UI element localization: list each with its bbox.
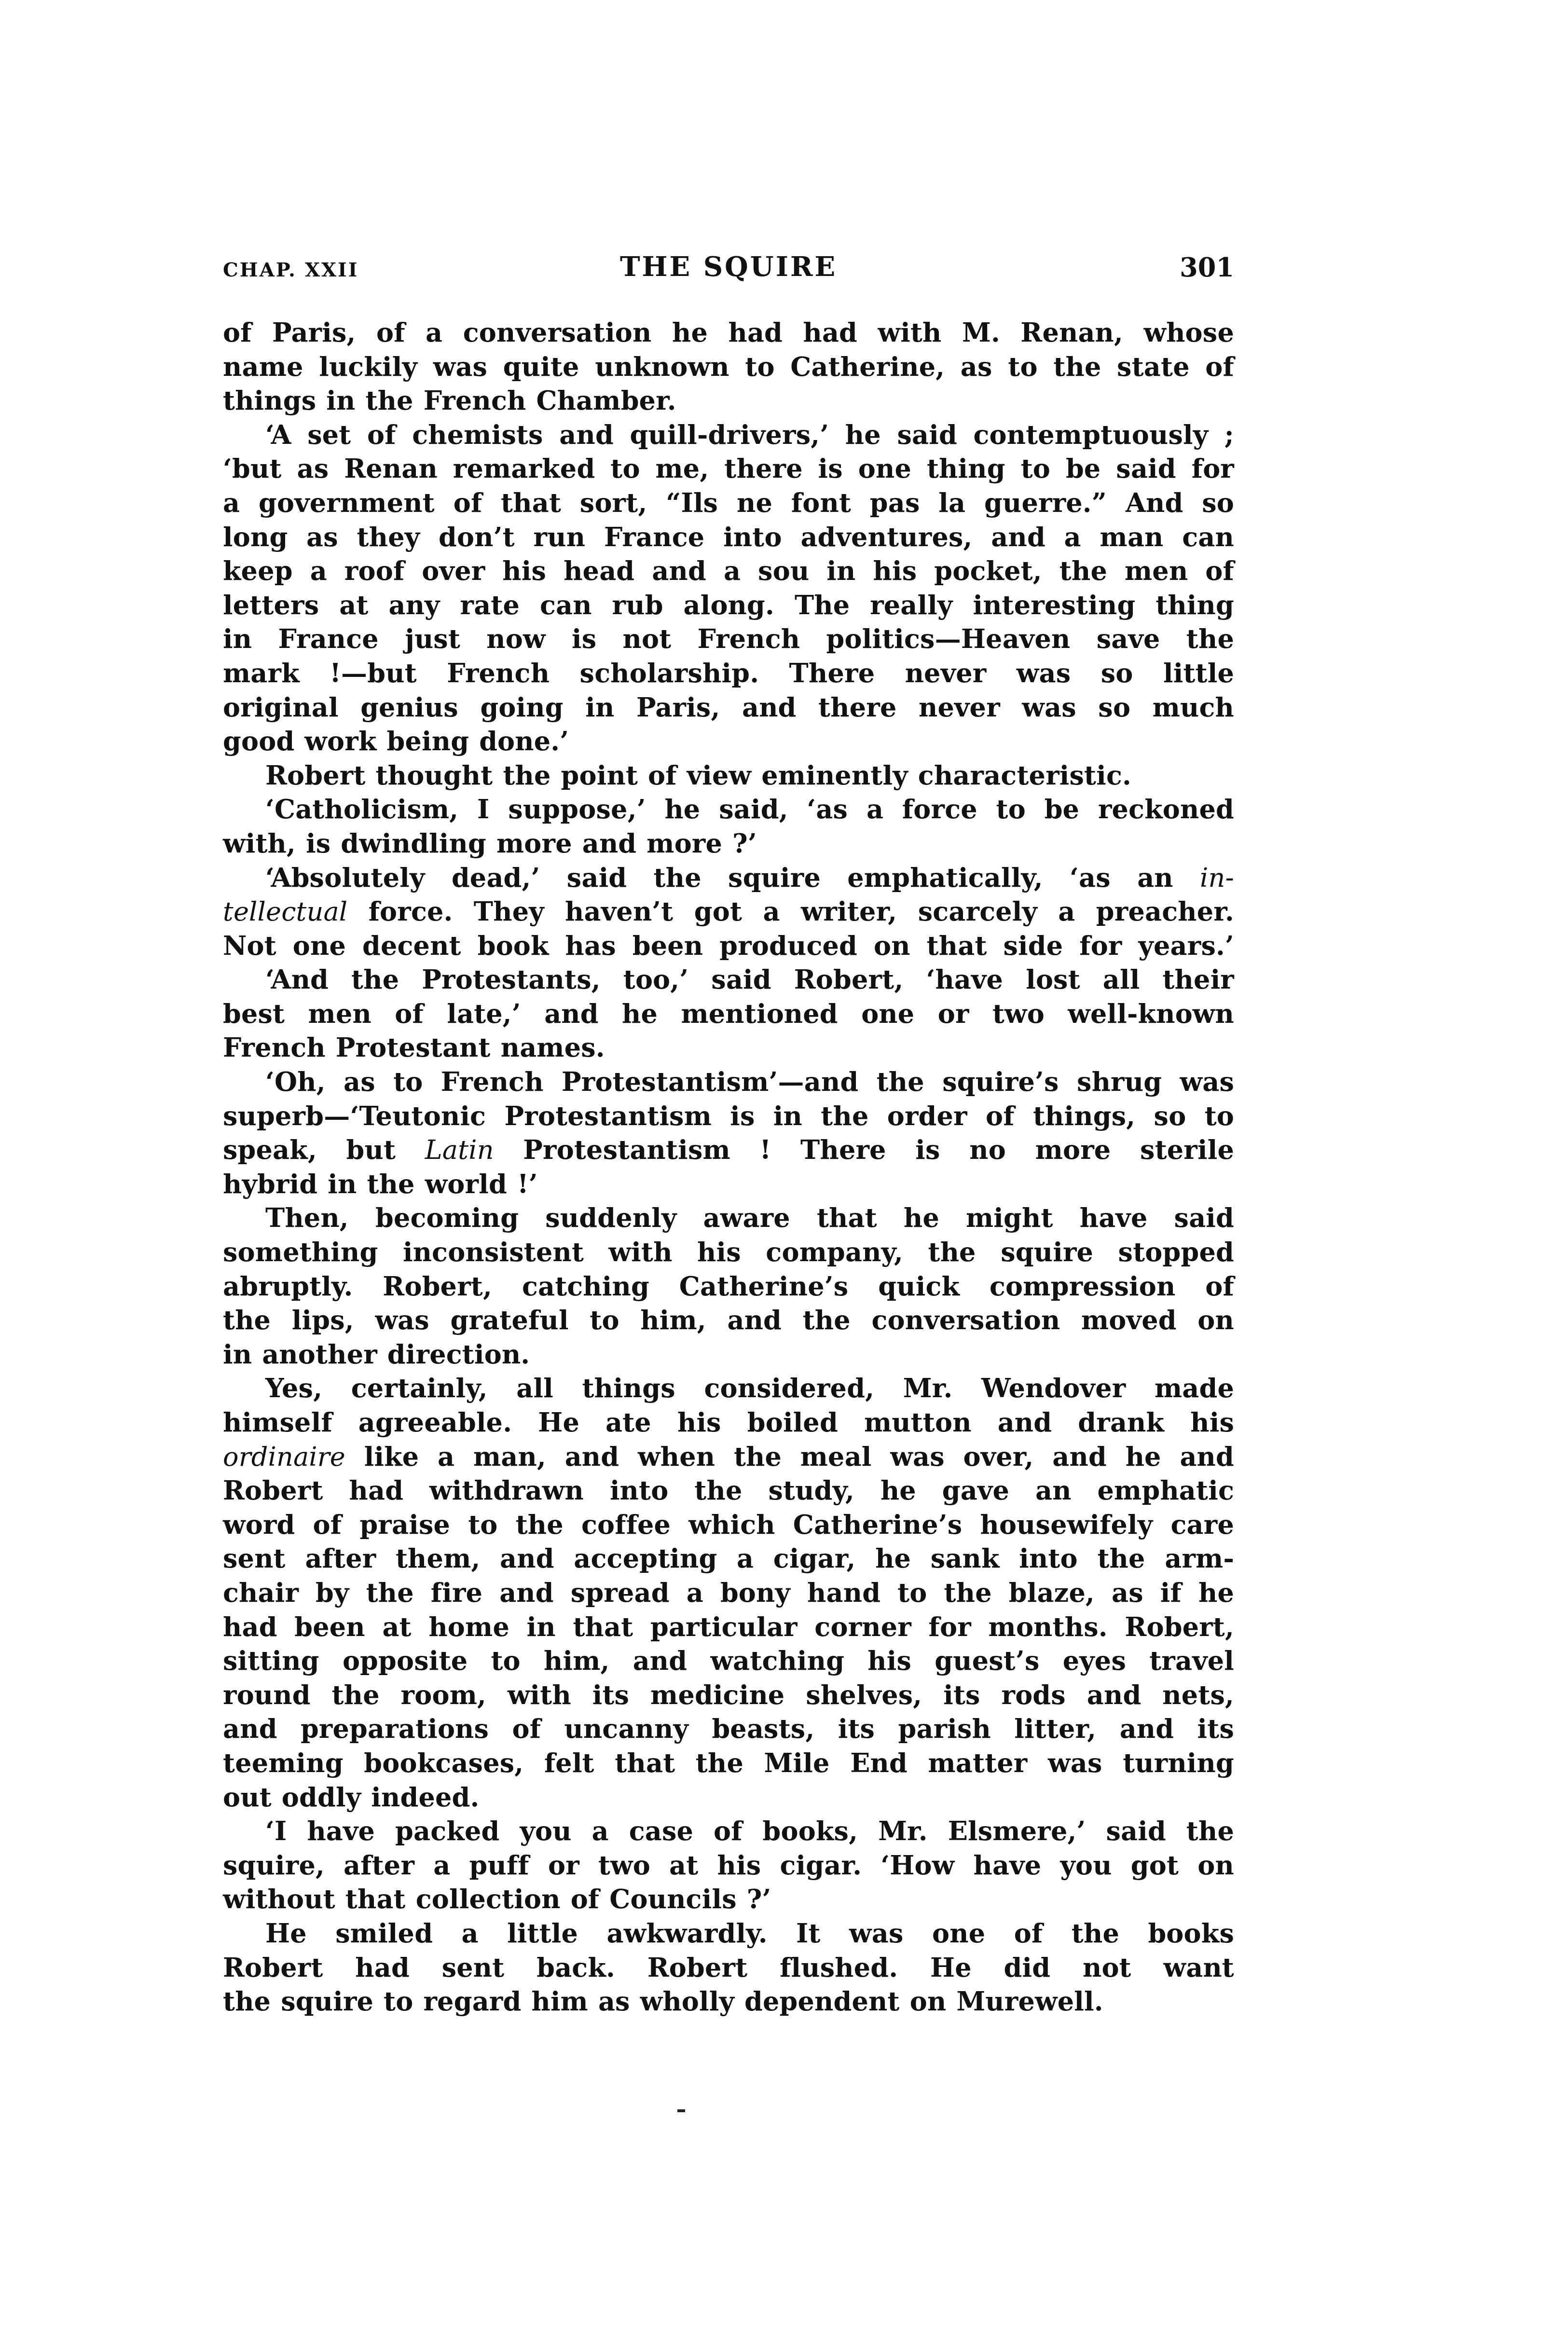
printer-mark — [677, 2109, 685, 2112]
text-line: without that collection of Councils ?’ — [223, 1882, 1234, 1916]
text-line: something inconsistent with his company,… — [223, 1235, 1234, 1269]
book-page: CHAP. XXII THE SQUIRE 301 of Paris, of a… — [0, 0, 1568, 2352]
text-line: ‘Catholicism, I suppose,’ he said, ‘as a… — [223, 792, 1234, 826]
text-line: in another direction. — [223, 1337, 1234, 1372]
text-line: Yes, certainly, all things considered, M… — [223, 1371, 1234, 1405]
text-line: abruptly. Robert, catching Catherine’s q… — [223, 1269, 1234, 1304]
text-line: squire, after a puff or two at his cigar… — [223, 1848, 1234, 1883]
text-line: original genius going in Paris, and ther… — [223, 690, 1234, 725]
text-line: ‘A set of chemists and quill-drivers,’ h… — [223, 418, 1234, 452]
running-head: CHAP. XXII THE SQUIRE 301 — [223, 249, 1234, 283]
text-line: sent after them, and accepting a cigar, … — [223, 1541, 1234, 1576]
text-line: ‘Oh, as to French Protestantism’—and the… — [223, 1065, 1234, 1099]
text-line: in France just now is not French politic… — [223, 622, 1234, 656]
text-line: chair by the fire and spread a bony hand… — [223, 1576, 1234, 1610]
text-line: with, is dwindling more and more ?’ — [223, 826, 1234, 861]
text-line: best men of late,’ and he mentioned one … — [223, 997, 1234, 1031]
text-line: long as they don’t run France into adven… — [223, 520, 1234, 554]
text-segment: like a man, and when the meal was over, … — [345, 1441, 1234, 1472]
page-title: THE SQUIRE — [223, 251, 1234, 283]
text-line: Robert had sent back. Robert flushed. He… — [223, 1951, 1234, 1985]
text-line: superb—‘Teutonic Protestantism is in the… — [223, 1099, 1234, 1133]
text-line: of Paris, of a conversation he had had w… — [223, 316, 1234, 350]
text-line: Robert thought the point of view eminent… — [223, 758, 1234, 793]
text-line: ‘Absolutely dead,’ said the squire empha… — [223, 861, 1234, 895]
text-line: ‘And the Protestants, too,’ said Robert,… — [223, 963, 1234, 997]
text-line: had been at home in that particular corn… — [223, 1610, 1234, 1644]
text-line: things in the French Chamber. — [223, 384, 1234, 418]
text-line: word of praise to the coffee which Cathe… — [223, 1508, 1234, 1542]
italic-text: tellectual — [223, 896, 347, 927]
italic-text: in- — [1200, 863, 1234, 893]
text-line: the lips, was grateful to him, and the c… — [223, 1303, 1234, 1337]
text-line: speak, but Latin Protestantism ! There i… — [223, 1133, 1234, 1167]
text-line: and preparations of uncanny beasts, its … — [223, 1712, 1234, 1746]
text-line: French Protestant names. — [223, 1031, 1234, 1065]
text-line: letters at any rate can rub along. The r… — [223, 588, 1234, 622]
text-line: teeming bookcases, felt that the Mile En… — [223, 1746, 1234, 1780]
text-line: a government of that sort, “Ils ne font … — [223, 486, 1234, 520]
text-line: good work being done.’ — [223, 724, 1234, 758]
text-line: He smiled a little awkwardly. It was one… — [223, 1916, 1234, 1951]
body-text: of Paris, of a conversation he had had w… — [223, 316, 1234, 2019]
text-line: the squire to regard him as wholly depen… — [223, 1984, 1234, 2019]
text-line: mark !—but French scholarship. There nev… — [223, 656, 1234, 690]
text-line: Robert had withdrawn into the study, he … — [223, 1473, 1234, 1508]
text-line: ordinaire like a man, and when the meal … — [223, 1440, 1234, 1474]
italic-text: ordinaire — [223, 1442, 345, 1472]
text-line: Then, becoming suddenly aware that he mi… — [223, 1201, 1234, 1235]
text-segment: force. They haven’t got a writer, scarce… — [347, 896, 1234, 927]
page-number: 301 — [1180, 252, 1234, 283]
text-line: ‘I have packed you a case of books, Mr. … — [223, 1814, 1234, 1848]
text-line: name luckily was quite unknown to Cather… — [223, 350, 1234, 384]
text-segment: Protestantism ! There is no more sterile — [494, 1134, 1234, 1165]
italic-text: Latin — [425, 1135, 494, 1165]
text-line: tellectual force. They haven’t got a wri… — [223, 894, 1234, 929]
text-line: out oddly indeed. — [223, 1780, 1234, 1815]
text-line: Not one decent book has been produced on… — [223, 929, 1234, 963]
text-line: keep a roof over his head and a sou in h… — [223, 554, 1234, 588]
text-line: sitting opposite to him, and watching hi… — [223, 1644, 1234, 1678]
text-line: himself agreeable. He ate his boiled mut… — [223, 1405, 1234, 1440]
text-line: round the room, with its medicine shelve… — [223, 1678, 1234, 1712]
text-segment: ‘Absolutely dead,’ said the squire empha… — [265, 862, 1200, 893]
text-segment: speak, but — [223, 1134, 425, 1165]
text-line: hybrid in the world !’ — [223, 1167, 1234, 1201]
text-line: ‘but as Renan remarked to me, there is o… — [223, 452, 1234, 486]
